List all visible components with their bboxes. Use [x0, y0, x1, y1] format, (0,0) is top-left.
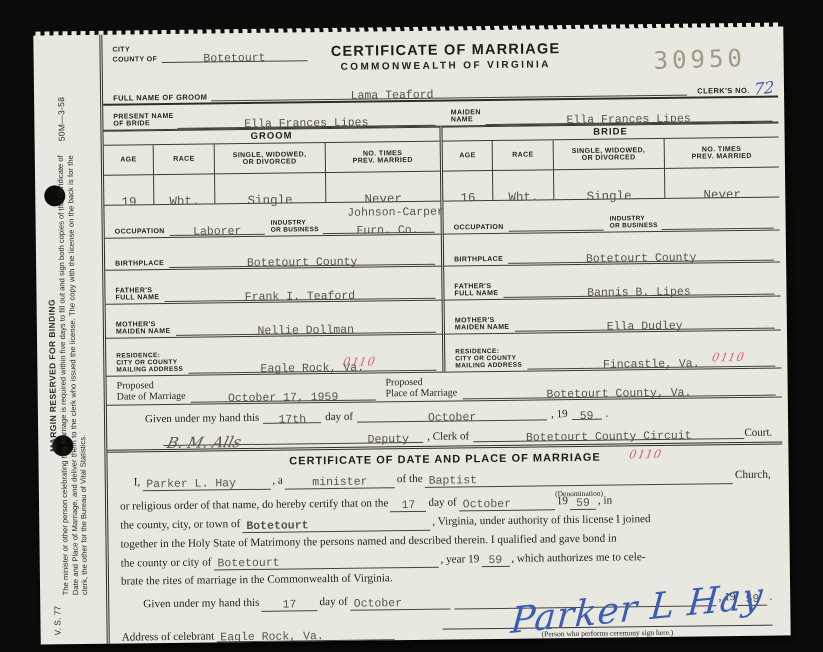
industry-label: INDUSTRY OR BUSINESS — [271, 219, 319, 234]
certificate-heading: CERTIFICATE OF DATE AND PLACE OF MARRIAG… — [119, 450, 770, 470]
deputy-field: Deputy — [353, 442, 423, 444]
deputy-value: Deputy — [367, 433, 409, 447]
binding-margin: 50M—3-58 MARGIN RESERVED FOR BINDING The… — [33, 35, 106, 645]
celebrant-given-month-field: October — [350, 609, 450, 611]
father-label: FATHER'S FULL NAME — [115, 287, 159, 302]
celebrant-given-day-field: 17 — [262, 610, 318, 612]
form-body: CITY COUNTY OF Botetourt CERTIFICATE OF … — [99, 26, 790, 643]
celebrant-role: minister — [312, 474, 367, 492]
groom-industry-field: Johnson-Carper Furn. Co. — [323, 220, 435, 234]
county-value: Botetourt — [203, 52, 265, 66]
cert-month: October — [463, 496, 512, 514]
cert-town: Botetourt — [246, 517, 308, 535]
county-of-label: COUNTY OF — [113, 56, 158, 64]
proposed-place-value: Botetourt County, Va. — [546, 386, 691, 401]
clerk-given-month: October — [428, 411, 476, 425]
form-series-number: V. S. 77 — [52, 575, 63, 635]
cert-year: 59 — [576, 495, 590, 512]
celebrant-certificate-section: 0110 CERTIFICATE OF DATE AND PLACE OF MA… — [107, 445, 784, 644]
age-col-label: AGE — [443, 141, 494, 171]
groom-bride-table: GROOM AGE RACE SINGLE, WIDOWED, OR DIVOR… — [103, 123, 779, 206]
clerk-given-day: 17th — [278, 413, 306, 426]
address-value: Eagle Rock, Va. — [220, 630, 324, 644]
times-col-label: NO. TIMES PREV. MARRIED — [325, 142, 440, 172]
cert-line3-post: , Virginia, under authority of this lice… — [432, 511, 650, 530]
groom-industry-line2: Furn. Co. — [356, 224, 418, 238]
clerks-no-label: CLERK'S NO. — [697, 86, 750, 96]
celebrant-given-period: . — [769, 589, 772, 606]
mother-label: MOTHER'S MAIDEN NAME — [455, 317, 510, 332]
groom-father-value: Frank I. Teaford — [245, 290, 356, 304]
document-title: CERTIFICATE OF MARRIAGE — [307, 41, 583, 60]
cert-county2: Botetourt — [217, 555, 279, 573]
groom-birthplace-value: Botetourt County — [247, 256, 358, 270]
form-header: CITY COUNTY OF Botetourt CERTIFICATE OF … — [102, 27, 778, 83]
groom-column: GROOM AGE RACE SINGLE, WIDOWED, OR DIVOR… — [103, 127, 440, 206]
birthplace-label: BIRTHPLACE — [454, 256, 503, 264]
cert-year2: 59 — [488, 552, 502, 569]
clerk-given-prefix: Given under my hand this — [145, 411, 259, 424]
clerks-no-value: 72 — [753, 77, 774, 99]
present-name-value: Ella Frances Lipes — [244, 117, 368, 132]
bride-column: BRIDE AGE RACE SINGLE, WIDOWED, OR DIVOR… — [439, 123, 779, 202]
celebrant-given-prefix: Given under my hand this — [143, 595, 259, 613]
document-subtitle: COMMONWEALTH OF VIRGINIA — [308, 59, 584, 73]
groom-name-label: FULL NAME OF GROOM — [113, 92, 207, 102]
certificate-red-code: 0110 — [628, 446, 664, 462]
residence-label: RESIDENCE: CITY OR COUNTY MAILING ADDRES… — [455, 348, 522, 370]
groom-mother-value: Nellie Dollman — [257, 324, 354, 338]
status-col-label: SINGLE, WIDOWED, OR DIVORCED — [553, 139, 664, 169]
cert-day: 17 — [401, 497, 415, 514]
bride-birthplace-value: Botetourt County — [586, 252, 697, 266]
celebrant-given-month: October — [354, 595, 403, 613]
cert-line5-pre: the county or city of — [121, 554, 212, 572]
denomination-value: Baptist — [429, 472, 478, 490]
present-name-label: PRESENT NAME OF BRIDE — [113, 113, 174, 128]
celebrant-given-day: 17 — [282, 596, 296, 613]
groom-residence-value: Eagle Rock, Va. — [260, 362, 364, 376]
proposed-date-label: Proposed Date of Marriage — [117, 379, 186, 403]
mother-section: MOTHER'S MAIDEN NAME Nellie Dollman MOTH… — [106, 297, 781, 339]
birthplace-label: BIRTHPLACE — [115, 260, 164, 268]
cert-month-field: October — [459, 509, 555, 511]
cert-church: Church, — [735, 467, 771, 484]
bride-residence-value: Fincastle, Va. — [603, 358, 700, 372]
certificate-document: 50M—3-58 MARGIN RESERVED FOR BINDING The… — [33, 26, 790, 644]
status-col-label: SINGLE, WIDOWED, OR DIVORCED — [215, 143, 326, 173]
residence-label: RESIDENCE: CITY OR COUNTY MAILING ADDRES… — [116, 352, 183, 374]
bride-industry-field — [662, 216, 774, 230]
clerk-signature-field: B. M. Alls — [163, 443, 353, 446]
cert-of-the: of the — [397, 471, 423, 488]
clerk-of-text: , Clerk of — [427, 431, 469, 444]
celebrant-name: Parker L. Hay — [146, 475, 236, 493]
race-col-label: RACE — [154, 145, 215, 175]
clerk-day-of: day of — [325, 410, 353, 422]
mother-label: MOTHER'S MAIDEN NAME — [116, 321, 171, 336]
clerk-given-year: 59 — [580, 409, 594, 422]
father-section: FATHER'S FULL NAME Frank I. Teaford FATH… — [105, 263, 780, 305]
bride-mother-value: Ella Dudley — [607, 320, 683, 334]
court-name-value: Botetourt County Circuit — [526, 430, 692, 445]
clerk-year-prefix: , 19 — [551, 408, 568, 420]
race-col-label: RACE — [493, 140, 554, 170]
occupation-label: OCCUPATION — [454, 224, 504, 232]
proposed-date-value: October 17, 1959 — [228, 391, 339, 405]
celebrant-role-field: minister — [285, 487, 395, 489]
age-col-label: AGE — [104, 145, 155, 175]
county-field: Botetourt — [161, 60, 307, 63]
clerk-signature: B. M. Alls — [165, 433, 243, 452]
cert-day-of: day of — [428, 495, 456, 512]
court-text: Court. — [744, 427, 772, 439]
cert-comma-a: , a — [272, 473, 283, 490]
cert-day-field: 17 — [391, 511, 427, 512]
residence-section: RESIDENCE: CITY OR COUNTY MAILING ADDRES… — [106, 331, 781, 377]
occupation-label: OCCUPATION — [115, 228, 165, 236]
maiden-name-label: MAIDEN NAME — [451, 109, 481, 123]
cert-i: I, — [120, 475, 141, 492]
bride-father-value: Bannis B. Lipes — [587, 286, 691, 300]
groom-name-value: Lama Teaford — [351, 88, 434, 102]
maiden-name-value: Ella Frances Lipes — [566, 113, 690, 128]
cert-line3-pre: the county, city, or town of — [120, 516, 240, 534]
groom-occupation-field: Laborer — [170, 234, 265, 236]
form-print-code: 50M—3-58 — [56, 61, 67, 141]
cert-line5-post: , which authorizes me to cele- — [511, 549, 645, 567]
times-col-label: NO. TIMES PREV. MARRIED — [664, 138, 779, 168]
celebrant-name-field: Parker L. Hay — [142, 489, 270, 492]
celebrant-given-day-of: day of — [319, 594, 347, 611]
denomination-field: Baptist (Denomination) — [425, 483, 733, 488]
clerk-given-day-field: 17th — [263, 422, 321, 424]
cert-year2-field: 59 — [481, 566, 509, 567]
bride-residence-code: 0110 — [711, 349, 747, 365]
proposed-place-label: Proposed Place of Marriage — [385, 376, 457, 400]
bride-occupation-field — [509, 230, 604, 232]
address-label: Address of celebrant — [122, 630, 215, 643]
clerk-period: . — [605, 407, 608, 419]
clerk-given-year-field: 59 — [572, 418, 602, 419]
margin-instructions: MARGIN RESERVED FOR BINDING The minister… — [45, 155, 91, 595]
court-name-field: Botetourt County Circuit — [473, 438, 744, 442]
cert-line5-mid: , year 19 — [440, 551, 479, 568]
cert-line2-pre: or religious order of that name, do here… — [120, 496, 389, 516]
groom-occupation-value: Laborer — [193, 225, 241, 239]
father-label: FATHER'S FULL NAME — [454, 283, 498, 298]
groom-industry-line1: Johnson-Carper — [347, 206, 444, 220]
stamped-serial-number: 30950 — [653, 44, 746, 75]
industry-label: INDUSTRY OR BUSINESS — [610, 215, 658, 230]
address-field: Eagle Rock, Va. — [216, 639, 394, 642]
cert-year-field: 59 — [570, 509, 596, 510]
